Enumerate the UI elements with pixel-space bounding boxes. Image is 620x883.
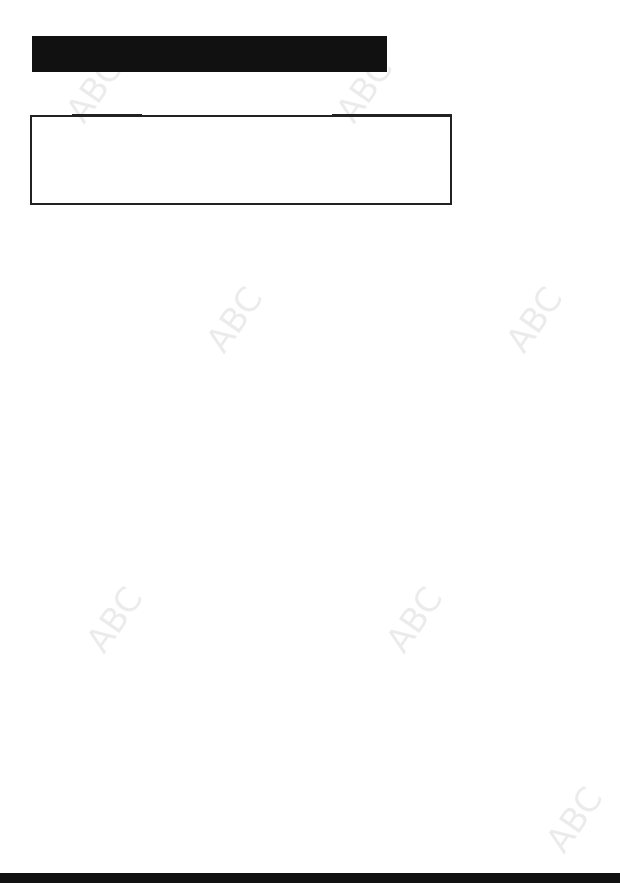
bottom-border: [0, 873, 620, 883]
column-2: [180, 221, 328, 230]
coupon-notice-box: [30, 115, 452, 205]
watermark: ABC: [198, 280, 271, 360]
column-3: [330, 221, 478, 230]
decorative-rule: [332, 114, 452, 117]
page-title: [32, 36, 387, 72]
watermark: ABC: [78, 580, 151, 660]
decorative-rule: [72, 114, 142, 117]
column-1: [30, 221, 178, 230]
watermark: ABC: [538, 780, 611, 860]
column-4: [462, 0, 612, 40]
watermark: ABC: [498, 280, 571, 360]
watermark: ABC: [378, 580, 451, 660]
